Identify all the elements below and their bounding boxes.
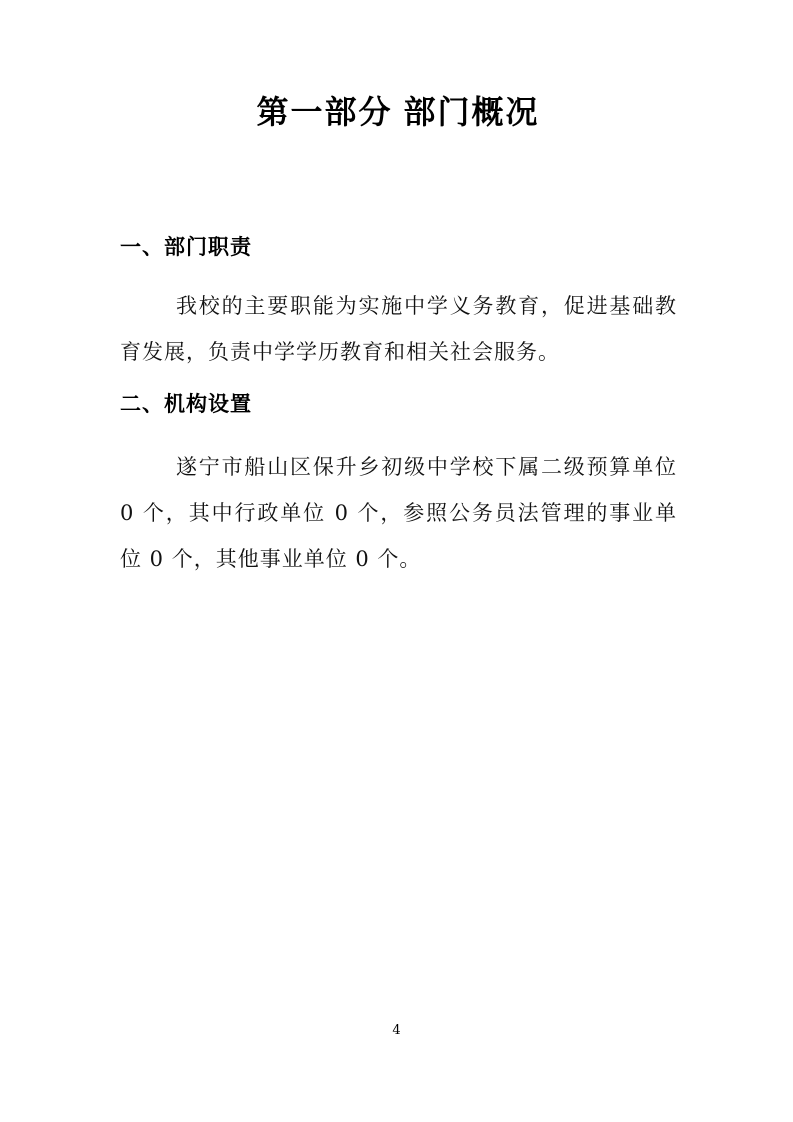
- page-number-footer: 4: [0, 1022, 793, 1039]
- paragraph-department-duties: 我校的主要职能为实施中学义务教育，促进基础教育发展，负责中学学历教育和相关社会服…: [120, 283, 677, 375]
- page-title: 第一部分 部门概况: [120, 92, 676, 132]
- section-heading-department-duties: 一、部门职责: [120, 235, 676, 260]
- document-page: 第一部分 部门概况 一、部门职责 我校的主要职能为实施中学义务教育，促进基础教育…: [0, 0, 793, 1122]
- section-heading-organization-setup: 二、机构设置: [120, 392, 676, 417]
- paragraph-organization-setup: 遂宁市船山区保升乡初级中学校下属二级预算单位 0 个，其中行政单位 0 个，参照…: [120, 444, 677, 582]
